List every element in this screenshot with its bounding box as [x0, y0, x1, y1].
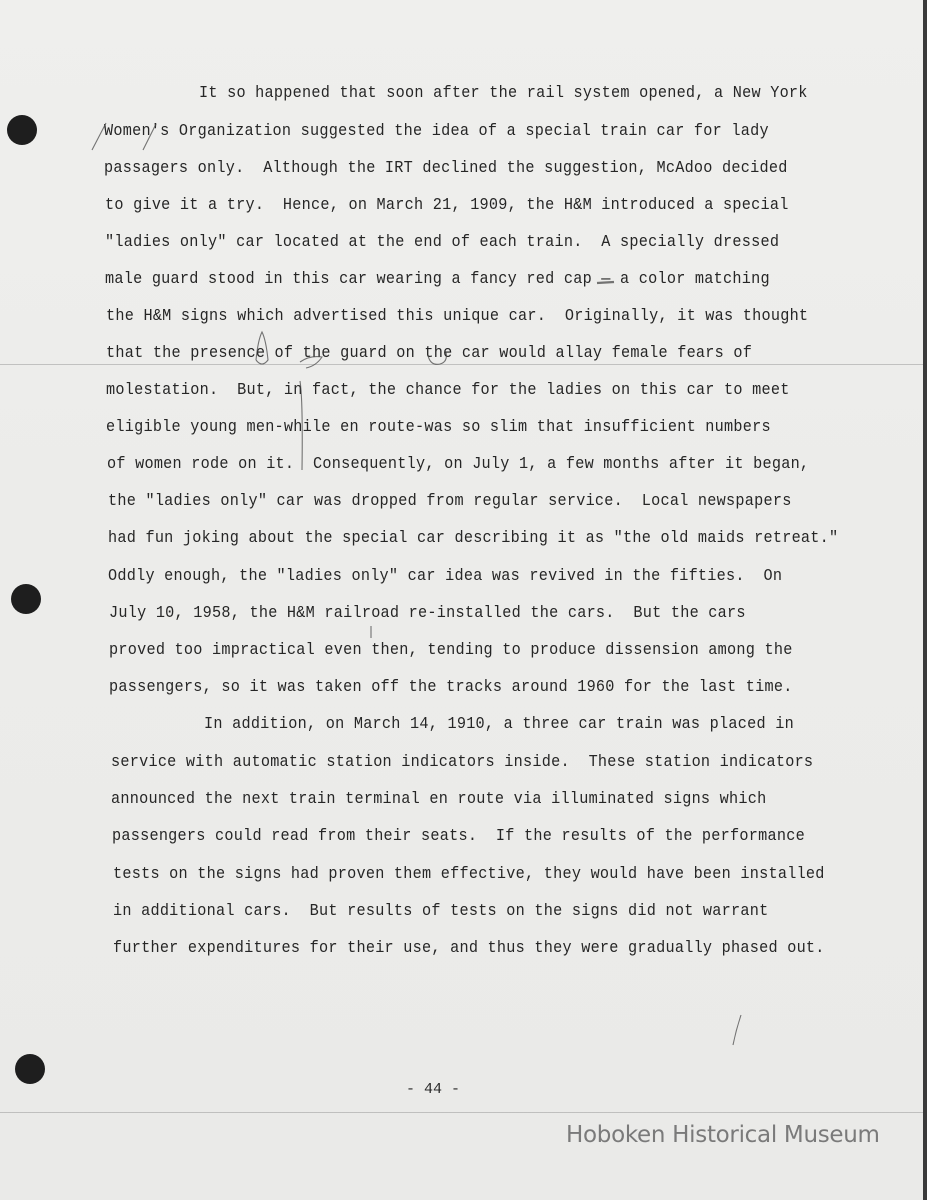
- text-line: "ladies only" car located at the end of …: [105, 232, 779, 251]
- text-line: passagers only. Although the IRT decline…: [104, 158, 788, 177]
- scan-edge: [923, 0, 927, 1200]
- text-line: proved too impractical even then, tendin…: [109, 640, 793, 659]
- text-line: the "ladies only" car was dropped from r…: [108, 491, 792, 510]
- punch-hole-top: [7, 115, 37, 145]
- text-line: of women rode on it. Consequently, on Ju…: [107, 454, 809, 473]
- paper-fold-line: [0, 364, 923, 365]
- text-line: tests on the signs had proven them effec…: [113, 864, 825, 883]
- text-line: had fun joking about the special car des…: [108, 528, 838, 547]
- page-number: - 44 -: [406, 1081, 460, 1098]
- text-line: service with automatic station indicator…: [111, 752, 813, 771]
- text-line: further expenditures for their use, and …: [113, 938, 825, 957]
- text-line: molestation. But, in fact, the chance fo…: [106, 380, 790, 399]
- text-line: July 10, 1958, the H&M railroad re-insta…: [109, 603, 746, 622]
- document-page: It so happened that soon after the rail …: [0, 0, 923, 1200]
- paper-fold-line-bottom: [0, 1112, 923, 1113]
- text-line: male guard stood in this car wearing a f…: [105, 269, 770, 288]
- text-line: passengers could read from their seats. …: [112, 826, 805, 845]
- text-line: announced the next train terminal en rou…: [111, 789, 766, 808]
- museum-watermark: Hoboken Historical Museum: [566, 1122, 880, 1148]
- text-line: In addition, on March 14, 1910, a three …: [204, 714, 794, 733]
- text-line: to give it a try. Hence, on March 21, 19…: [105, 195, 789, 214]
- text-line: passengers, so it was taken off the trac…: [109, 677, 793, 696]
- text-line: Oddly enough, the "ladies only" car idea…: [108, 566, 782, 585]
- text-line: the H&M signs which advertised this uniq…: [106, 306, 808, 325]
- pencil-annotations: [0, 0, 923, 1200]
- text-line: that the presence of the guard on the ca…: [106, 343, 752, 362]
- punch-hole-middle: [11, 584, 41, 614]
- text-line: in additional cars. But results of tests…: [113, 901, 768, 920]
- punch-hole-bottom: [15, 1054, 45, 1084]
- text-line: eligible young men-while en route-was so…: [106, 417, 771, 436]
- text-line: Women's Organization suggested the idea …: [104, 121, 769, 140]
- text-line: It so happened that soon after the rail …: [199, 83, 808, 102]
